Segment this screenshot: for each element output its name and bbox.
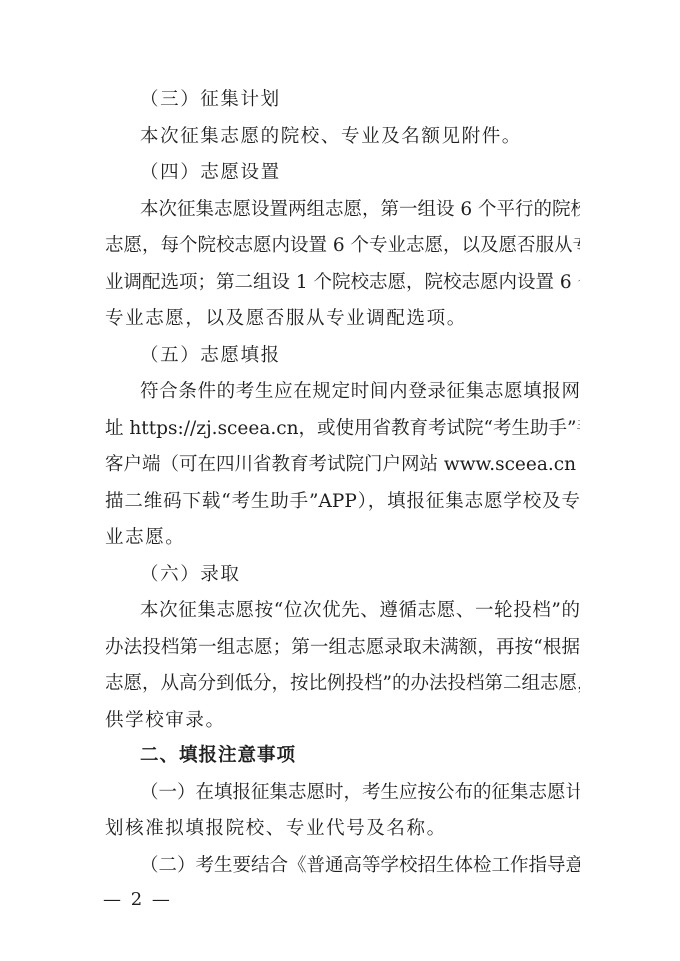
paragraph-line: 供学校审录。 [105, 706, 580, 736]
document-page: （三）征集计划 本次征集志愿的院校、专业及名额见附件。 （四）志愿设置 本次征集… [0, 0, 680, 961]
paragraph-line: （二）考生要结合《普通高等学校招生体检工作指导意 [140, 851, 580, 881]
paragraph-line: 划核准拟填报院校、专业代号及名称。 [105, 814, 580, 844]
paragraph-line: 业调配选项；第二组设 1 个院校志愿，院校志愿内设置 6 个 [105, 268, 580, 298]
chapter-heading-notes: 二、填报注意事项 [140, 741, 580, 771]
section-heading-admission: （六）录取 [140, 560, 580, 590]
paragraph-line: 本次征集志愿按“位次优先、遵循志愿、一轮投档”的 [140, 596, 580, 626]
paragraph-line-with-url: 址 https://zj.sceea.cn，或使用省教育考试院“考生助手”手机 [105, 414, 580, 444]
paragraph-line: 符合条件的考生应在规定时间内登录征集志愿填报网 [140, 377, 580, 407]
section-heading-volunteer-settings: （四）志愿设置 [140, 158, 580, 188]
paragraph-line: 本次征集志愿设置两组志愿，第一组设 6 个平行的院校 [140, 195, 580, 225]
paragraph-line: 本次征集志愿的院校、专业及名额见附件。 [140, 122, 580, 152]
paragraph-line: 办法投档第一组志愿；第一组志愿录取未满额，再按“根据 [105, 633, 580, 663]
section-heading-volunteer-filling: （五）志愿填报 [140, 341, 580, 371]
paragraph-line: 专业志愿，以及愿否服从专业调配选项。 [105, 304, 580, 334]
section-heading-recruitment-plan: （三）征集计划 [140, 85, 580, 115]
paragraph-line: （一）在填报征集志愿时，考生应按公布的征集志愿计 [140, 778, 580, 808]
paragraph-line: 描二维码下载“考生助手”APP），填报征集志愿学校及专 [105, 487, 580, 517]
paragraph-line: 志愿，每个院校志愿内设置 6 个专业志愿，以及愿否服从专 [105, 231, 580, 261]
paragraph-line: 业志愿。 [105, 523, 580, 553]
paragraph-line-with-url: 客户端（可在四川省教育考试院门户网站 www.sceea.cn 上扫 [105, 450, 580, 480]
paragraph-line: 志愿，从高分到低分，按比例投档”的办法投档第二组志愿， [105, 669, 580, 699]
page-number: — 2 — [103, 888, 172, 912]
